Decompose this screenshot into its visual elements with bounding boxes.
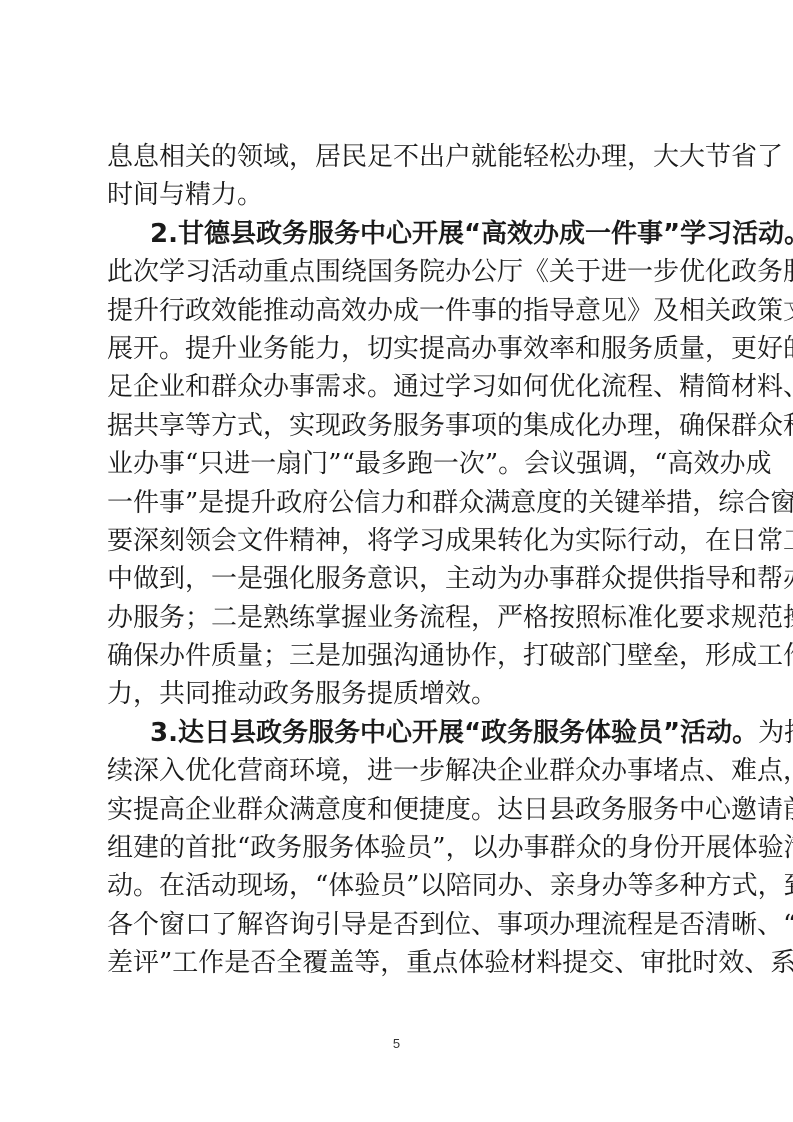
- text-line: 办服务；二是熟练掌握业务流程，严格按照标准化要求规范操作，: [107, 599, 694, 637]
- text-line: 续深入优化营商环境，进一步解决企业群众办事堵点、难点，切: [107, 752, 694, 790]
- text-line: 业办事“只进一扇门”“最多跑一次”。会议强调，“高效办成: [107, 445, 694, 483]
- text-line: 据共享等方式，实现政务服务事项的集成化办理，确保群众和企: [107, 407, 694, 445]
- text-line: 组建的首批“政务服务体验员”，以办事群众的身份开展体验活: [107, 829, 694, 867]
- heading-tail-text: 为持: [758, 718, 793, 748]
- text-line: 力，共同推动政务服务提质增效。: [107, 675, 694, 713]
- text-line: 动。在活动现场，“体验员”以陪同办、亲身办等多种方式，到: [107, 867, 694, 905]
- text-line: 确保办件质量；三是加强沟通协作，打破部门壁垒，形成工作合: [107, 637, 694, 675]
- heading-text: 2.甘德县政务服务中心开展“高效办成一件事”学习活动。: [150, 219, 793, 249]
- body-text: 息息相关的领域，居民足不出户就能轻松办理，大大节省了 时间与精力。 2.甘德县政…: [107, 138, 694, 983]
- text-line: 实提高企业群众满意度和便捷度。达日县政务服务中心邀请前期: [107, 791, 694, 829]
- heading-text: 3.达日县政务服务中心开展“政务服务体验员”活动。: [150, 718, 758, 748]
- text-line: 差评”工作是否全覆盖等，重点体验材料提交、审批时效、系统: [107, 944, 694, 982]
- text-line: 一件事”是提升政府公信力和群众满意度的关键举措，综合窗口: [107, 484, 694, 522]
- section-heading-3: 3.达日县政务服务中心开展“政务服务体验员”活动。为持: [107, 714, 694, 752]
- document-page: 息息相关的领域，居民足不出户就能轻松办理，大大节省了 时间与精力。 2.甘德县政…: [0, 0, 793, 1122]
- text-line: 足企业和群众办事需求。通过学习如何优化流程、精简材料、数: [107, 368, 694, 406]
- text-line: 提升行政效能推动高效办成一件事的指导意见》及相关政策文件: [107, 292, 694, 330]
- text-line: 时间与精力。: [107, 176, 694, 214]
- text-line: 各个窗口了解咨询引导是否到位、事项办理流程是否清晰、“好: [107, 906, 694, 944]
- text-line: 此次学习活动重点围绕国务院办公厅《关于进一步优化政务服务: [107, 253, 694, 291]
- page-number: 5: [0, 1036, 793, 1051]
- text-line: 展开。提升业务能力，切实提高办事效率和服务质量，更好的满: [107, 330, 694, 368]
- text-line: 要深刻领会文件精神，将学习成果转化为实际行动，在日常工作: [107, 522, 694, 560]
- text-line: 中做到，一是强化服务意识，主动为办事群众提供指导和帮办代: [107, 560, 694, 598]
- text-line: 息息相关的领域，居民足不出户就能轻松办理，大大节省了: [107, 138, 694, 176]
- section-heading-2: 2.甘德县政务服务中心开展“高效办成一件事”学习活动。: [107, 215, 694, 253]
